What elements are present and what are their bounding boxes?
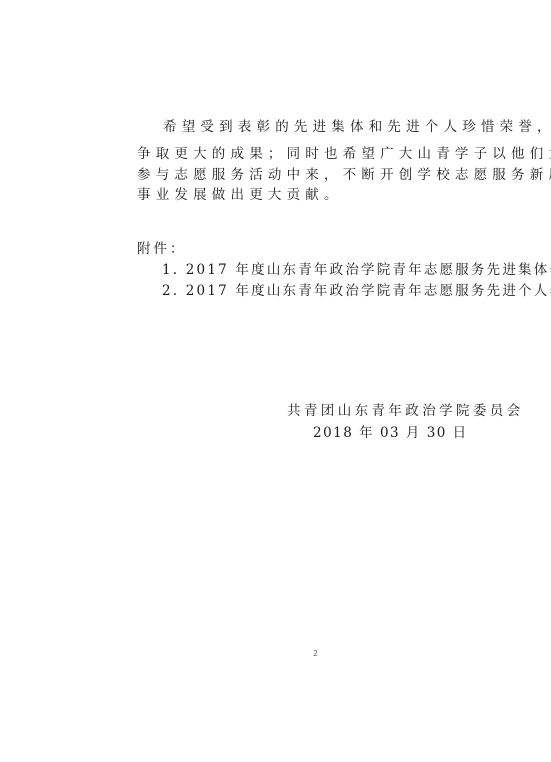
page-number: 2 [313,649,318,658]
attachment-item-1: 1. 2017 年度山东青年政治学院青年志愿服务先进集体名单 [162,262,551,278]
attachment-item-2: 2. 2017 年度山东青年政治学院青年志愿服务先进个人名单 [162,283,551,299]
signature-organization: 共青团山东青年政治学院委员会 [287,403,524,419]
paragraph-line: 希望受到表彰的先进集体和先进个人珍惜荣誉，再接再厉， [163,119,551,135]
signature-date: 2018 年 03 月 30 日 [313,425,468,441]
document-page: 希望受到表彰的先进集体和先进个人珍惜荣誉，再接再厉， 争取更大的成果；同时也希望… [0,0,551,762]
paragraph-line: 事业发展做出更大贡献。 [137,187,343,203]
paragraph-line: 参与志愿服务活动中来，不断开创学校志愿服务新局面，为学校 [137,167,551,183]
paragraph-line: 争取更大的成果；同时也希望广大山青学子以他们为榜样，积极 [137,146,551,162]
attachments-label: 附件： [137,241,187,257]
